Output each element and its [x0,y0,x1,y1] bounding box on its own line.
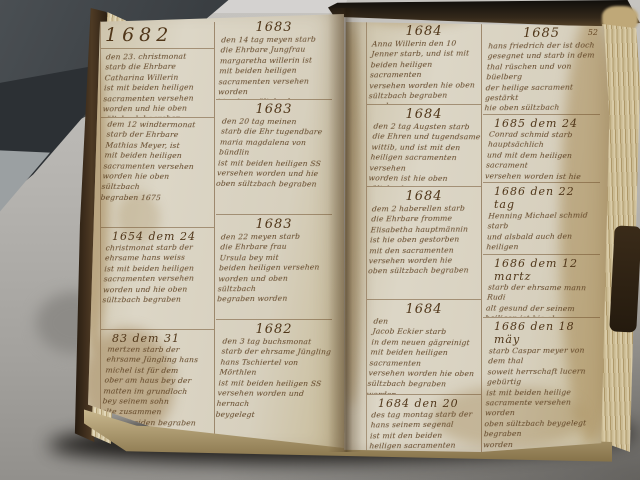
entry-year: 83 dem 31 [104,332,211,345]
entry-text: den 22 meyen starb die Ehrbare frau Ursu… [217,231,331,305]
left-page-column-2: 1683 den 14 tag meyen starb die Ehrbare … [216,18,332,448]
entry-text: hans friedrich der ist doch gesegnet und… [483,40,599,115]
entry-year: 1686 dem 12 martz [486,257,597,283]
entry-year: 1685 dem 24 [486,117,597,130]
register-entry: 1686 den 18 mäy starb Caspar meyer von d… [483,318,600,452]
entry-year: 1654 dem 24 [104,230,211,243]
entry-text: christmonat starb der ehrsame hans weiss… [102,243,213,306]
entry-year: 1684 [370,189,478,204]
register-entry: 1684 den Jacob Eckier starb in dem neuen… [367,300,481,395]
entry-text: Henning Michael schmid starb und alsbald… [483,210,599,255]
register-entry: 1682 den 23. christmonat starb die Ehrba… [101,22,214,118]
register-entry: 1685 hans friedrich der ist doch gesegne… [483,24,600,115]
photo-scene: 1682 den 23. christmonat starb die Ehrba… [0,0,640,480]
register-entry: 1682 den 3 tag buchsmonat starb der ehrs… [216,320,332,422]
register-entry: dem 12 windtermonat starb der Ehrbare Ma… [101,118,214,228]
register-entry: 1684 dem 2 haberellen starb die Ehrbare … [367,187,481,300]
entry-text: Conrad schmid starb hauptsächlich und mi… [483,130,600,183]
left-page-column-1: 1682 den 23. christmonat starb die Ehrba… [100,22,215,442]
entry-text: den Jacob Eckier starb in dem neuen gägr… [367,317,481,395]
right-page: 52 1684 Anna Willerin den 10 Jenner star… [344,6,612,452]
register-entry: 1683 den 14 tag meyen starb die Ehrbare … [216,18,332,100]
entry-year: 1684 [370,107,478,122]
entry-text: den 20 tag meinen starb die Ehr tugendba… [216,117,332,191]
leather-remnant-patch [609,225,640,332]
register-entry: 1684 den 2 tag Augsten starb die Ehren u… [367,105,481,187]
entry-text: den 3 tag buchsmonat starb der ehrsame J… [216,337,332,421]
register-entry: 1684 Anna Willerin den 10 Jenner starb, … [367,22,481,105]
entry-year: 1686 den 22 tag [486,185,597,211]
entry-text: den 14 tag meyen starb die Ehrbare Jungf… [216,34,331,100]
register-entry: 1686 den 22 tag Henning Michael schmid s… [483,183,600,255]
right-page-column-2: 1685 hans friedrich der ist doch gesegne… [483,24,600,452]
entry-text: dem 12 windtermonat starb der Ehrbare Ma… [101,120,214,204]
entry-year: 1684 [370,302,478,317]
register-entry: 1683 den 22 meyen starb die Ehrbare frau… [216,215,332,320]
entry-text: Anna Willerin den 10 Jenner starb, und i… [368,39,480,105]
entry-year: 1682 [101,24,214,49]
register-entry: 1654 dem 24 christmonat starb der ehrsam… [101,228,214,330]
entry-year: 1685 [486,26,597,41]
entry-year: 1683 [219,217,329,232]
entry-year: 1683 [219,102,329,117]
entry-text: starb der ehrsame mann Rudi alt gesund d… [484,283,600,318]
entry-year: 1684 den 20 [370,397,478,410]
entry-text: den 2 tag Augsten starb die Ehren und tu… [367,122,481,187]
entry-year: 1682 [219,322,329,337]
entry-year: 1686 den 18 mäy [486,320,597,346]
right-page-column-1: 1684 Anna Willerin den 10 Jenner starb, … [366,22,482,452]
entry-year: 1684 [370,24,478,39]
left-page: 1682 den 23. christmonat starb die Ehrba… [88,14,344,448]
register-entry: 1686 dem 12 martz starb der ehrsame mann… [483,255,600,318]
book-gutter [328,8,362,452]
entry-year: 1683 [219,20,329,35]
entry-text: den 23. christmonat starb die Ehrbare Ca… [102,52,213,118]
register-entry: 1683 den 20 tag meinen starb die Ehr tug… [216,100,332,215]
register-entry: 1685 dem 24 Conrad schmid starb hauptsäc… [483,115,600,183]
entry-text: dem 2 haberellen starb die Ehrbare fromm… [368,204,480,278]
entry-text: starb Caspar meyer von dem thal soweit h… [483,345,600,450]
